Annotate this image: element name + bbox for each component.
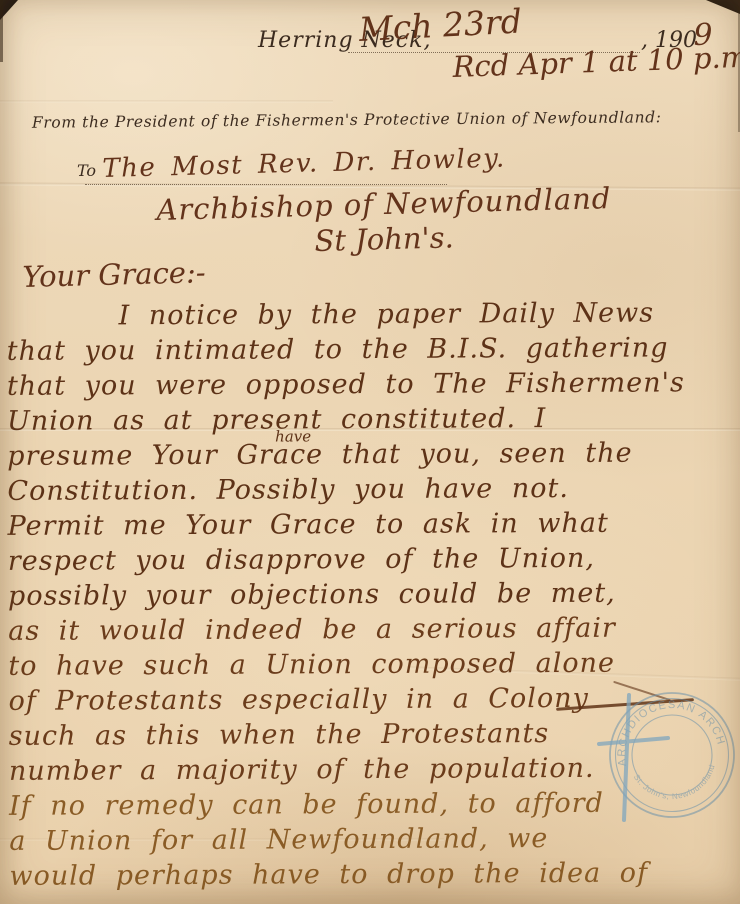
addressee-place: St John's.: [314, 220, 454, 258]
letterhead-line: From the President of the Fishermen's Pr…: [32, 108, 662, 131]
body-line: Union as at present constituted. I: [7, 402, 733, 441]
body-line: as it would indeed be a serious affair: [8, 612, 734, 651]
body-line: I notice by the paper Daily News: [6, 297, 732, 336]
body-line-with-insertion: presume Your Grace that you, seen the ha…: [7, 437, 733, 476]
addressee-name: The Most Rev. Dr. Howley.: [102, 143, 506, 184]
interlinear-insertion: have: [275, 427, 311, 445]
name-dotted-line: [85, 184, 447, 185]
scan-corner-topright: [706, 0, 740, 14]
addressee-title: Archbishop of Newfoundland: [156, 181, 612, 227]
received-note: Rcd Apr 1 at 10 p.m.: [452, 39, 740, 84]
letter-scan-page: Herring Neck, Mch 23rd , 190 9 Rcd Apr 1…: [0, 0, 740, 904]
scan-edge-left: [0, 0, 3, 62]
archdiocesan-archives-stamp: ARCHDIOCESAN ARCHIVES St. John's, Newfou…: [588, 665, 740, 855]
stamp-arc-bottom-text: St. John's, Newfoundland: [631, 753, 723, 811]
body-line: would perhaps have to drop the idea of: [9, 857, 735, 896]
body-line: Permit me Your Grace to ask in what: [8, 507, 734, 546]
fold-crease-1: [0, 100, 333, 103]
body-line: that you intimated to the B.I.S. gatheri…: [7, 332, 733, 371]
handwritten-date: Mch 23rd: [358, 1, 523, 48]
salutation: Your Grace:-: [22, 255, 206, 294]
body-line: possibly your objections could be met,: [8, 577, 734, 616]
printed-to: To: [77, 161, 96, 180]
body-line: respect you disapprove of the Union,: [8, 542, 734, 581]
body-line: that you were opposed to The Fishermen's: [7, 367, 733, 406]
body-line: Constitution. Possibly you have not.: [7, 472, 733, 511]
